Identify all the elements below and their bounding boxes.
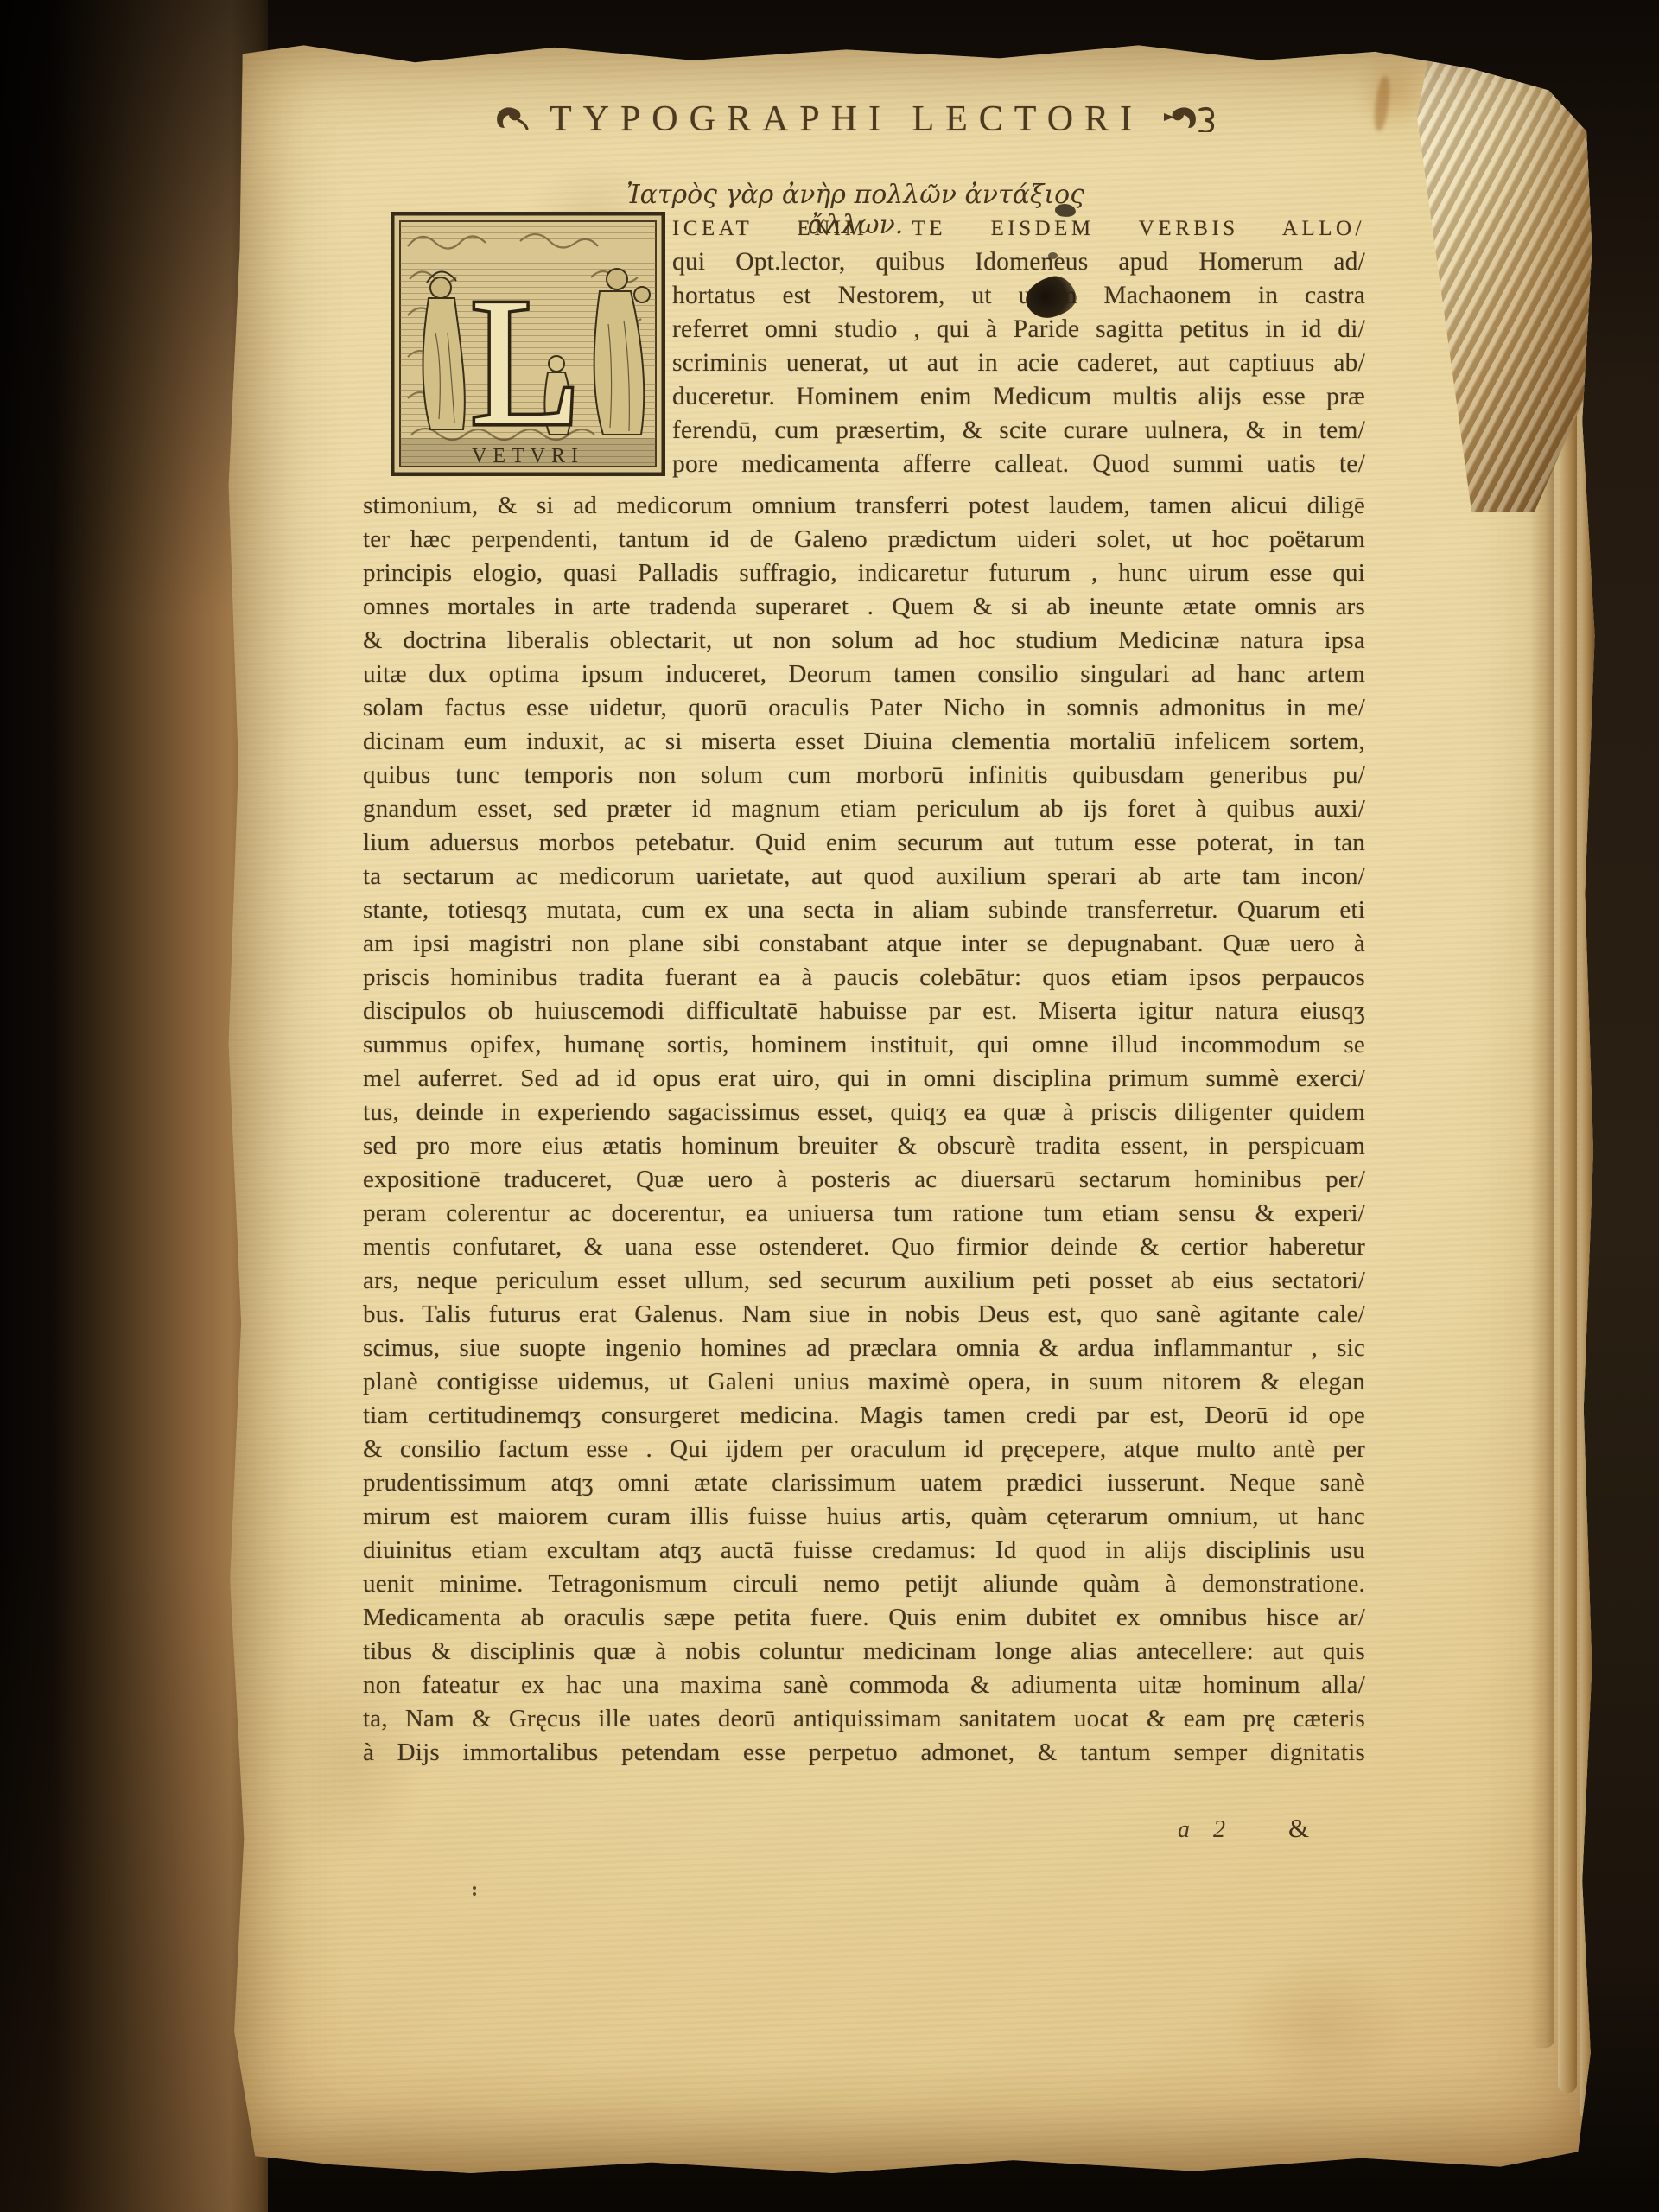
text-line: ta, Nam & Gręcus ille uates deorū antiqu…	[363, 1702, 1365, 1736]
initial-caption: VETVRI	[472, 445, 584, 467]
text-line: mentis confutaret, & uana esse ostendere…	[363, 1230, 1365, 1264]
text-line: referret omni studio , qui à Paride sagi…	[672, 313, 1365, 346]
text-line: mel auferret. Sed ad id opus erat uiro, …	[363, 1062, 1365, 1096]
text-line: prudentissimum atqʒ omni ætate clarissim…	[363, 1466, 1365, 1500]
body-text: stimonium, & si ad medicorum omnium tran…	[363, 489, 1365, 1770]
text-line: & doctrina liberalis oblectarit, ut non …	[363, 624, 1365, 658]
text-line: expositionē traduceret, Quæ uero à poste…	[363, 1163, 1365, 1197]
fleuron-pointer-icon	[1162, 103, 1217, 137]
text-line: Medicamenta ab oraculis sæpe petita fuer…	[363, 1601, 1365, 1635]
text-line: ars, neque periculum esset ullum, sed se…	[363, 1264, 1365, 1298]
paper-stain	[1372, 75, 1392, 131]
page-header: TYPOGRAPHI LECTORI	[490, 99, 1220, 140]
text-line: scimus, siue suopte ingenio homines ad p…	[363, 1332, 1365, 1365]
text-line: discipulos ob huiuscemodi difficultatē h…	[363, 995, 1365, 1028]
text-line: uitæ dux optima ipsum induceret, Deorum …	[363, 658, 1365, 691]
text-line: hortatus est Nestorem, ut unum Machaonem…	[672, 279, 1365, 313]
text-line: mirum est maiorem curam illis fuisse hui…	[363, 1500, 1365, 1534]
text-line: non fateatur ex hac una maxima sanè comm…	[363, 1669, 1365, 1702]
text-line: tiam certitudinemqʒ consurgeret medicina…	[363, 1399, 1365, 1433]
book-gutter-shadow	[0, 0, 268, 2212]
text-line: peram colerentur ac docerentur, ea uniue…	[363, 1197, 1365, 1230]
text-line: ter hæc perpendenti, tantum id de Galeno…	[363, 523, 1365, 556]
text-line: uenit minime. Tetragonismum circuli nemo…	[363, 1567, 1365, 1601]
page-edge-curl	[1580, 114, 1595, 2119]
text-line: solam factus esse uidetur, quorū oraculi…	[363, 691, 1365, 725]
text-line: scriminis uenerat, ut aut in acie cadere…	[672, 346, 1365, 380]
text-line: & consilio factum esse . Qui ijdem per o…	[363, 1433, 1365, 1466]
text-line: sed pro more eius ætatis hominum breuite…	[363, 1129, 1365, 1163]
text-line: omnes mortales in arte tradenda superare…	[363, 590, 1365, 624]
text-line: quibus tunc temporis non solum cum morbo…	[363, 759, 1365, 792]
page-title: TYPOGRAPHI LECTORI	[550, 99, 1143, 140]
text-line: bus. Talis futurus erat Galenus. Nam siu…	[363, 1298, 1365, 1332]
signature-mark: a 2	[1178, 1816, 1234, 1844]
text-line: à Dijs immortalibus petendam esse perpet…	[363, 1736, 1365, 1770]
text-line: duceretur. Hominem enim Medicum multis a…	[672, 380, 1365, 414]
book-page: TYPOGRAPHI LECTORI Ἰατρὸς γὰρ ἀνὴρ πολλῶ…	[220, 35, 1611, 2182]
text-line: pore medicamenta afferre calleat. Quod s…	[672, 448, 1365, 481]
text-line: principis elogio, quasi Palladis suffrag…	[363, 556, 1365, 590]
text-line: stimonium, & si ad medicorum omnium tran…	[363, 489, 1365, 523]
text-line: qui Opt.lector, quibus Idomeneus apud Ho…	[672, 245, 1365, 279]
fleuron-leaf-icon	[493, 103, 531, 137]
intro-lines: qui Opt.lector, quibus Idomeneus apud Ho…	[672, 245, 1365, 481]
photo-of-book-page: TYPOGRAPHI LECTORI Ἰατρὸς γὰρ ἀνὴρ πολλῶ…	[0, 0, 1659, 2212]
text-line: lium aduersus morbos petebatur. Quid eni…	[363, 826, 1365, 860]
ink-speck	[473, 1884, 477, 1899]
text-line: planè contigisse uidemus, ut Galeni uniu…	[363, 1365, 1365, 1399]
text-line: priscis hominibus tradita fuerant ea à p…	[363, 961, 1365, 995]
catchword: &	[1288, 1813, 1309, 1844]
text-line: dicinam eum induxit, ac si miserta esset…	[363, 725, 1365, 759]
text-line: am ipsi magistri non plane sibi constaba…	[363, 927, 1365, 961]
text-line: tus, deinde in experiendo sagacissimus e…	[363, 1096, 1365, 1129]
paper-stain	[1205, 1935, 1439, 2117]
text-line: ta sectarum ac medicorum uarietate, aut …	[363, 860, 1365, 893]
text-line: gnandum esset, sed præter id magnum etia…	[363, 792, 1365, 826]
intro-first-line: ICEAT ENIM TE EISDEM VERBIS ALLO/	[672, 212, 1365, 245]
text-line: ferendū, cum præsertim, & scite curare u…	[672, 414, 1365, 448]
text-line: tibus & disciplinis quæ à nobis coluntur…	[363, 1635, 1365, 1669]
woodcut-initial-L: L VETVRI	[391, 212, 665, 476]
initial-letter: L	[470, 260, 582, 463]
text-line: stante, totiesqʒ mutata, cum ex una sect…	[363, 893, 1365, 927]
intro-paragraph: ICEAT ENIM TE EISDEM VERBIS ALLO/ qui Op…	[672, 212, 1365, 481]
text-line: summus opifex, humanę sortis, hominem in…	[363, 1028, 1365, 1062]
text-line: diuinitus etiam excultam atqʒ auctā fuis…	[363, 1534, 1365, 1567]
ink-blot	[1048, 252, 1058, 259]
